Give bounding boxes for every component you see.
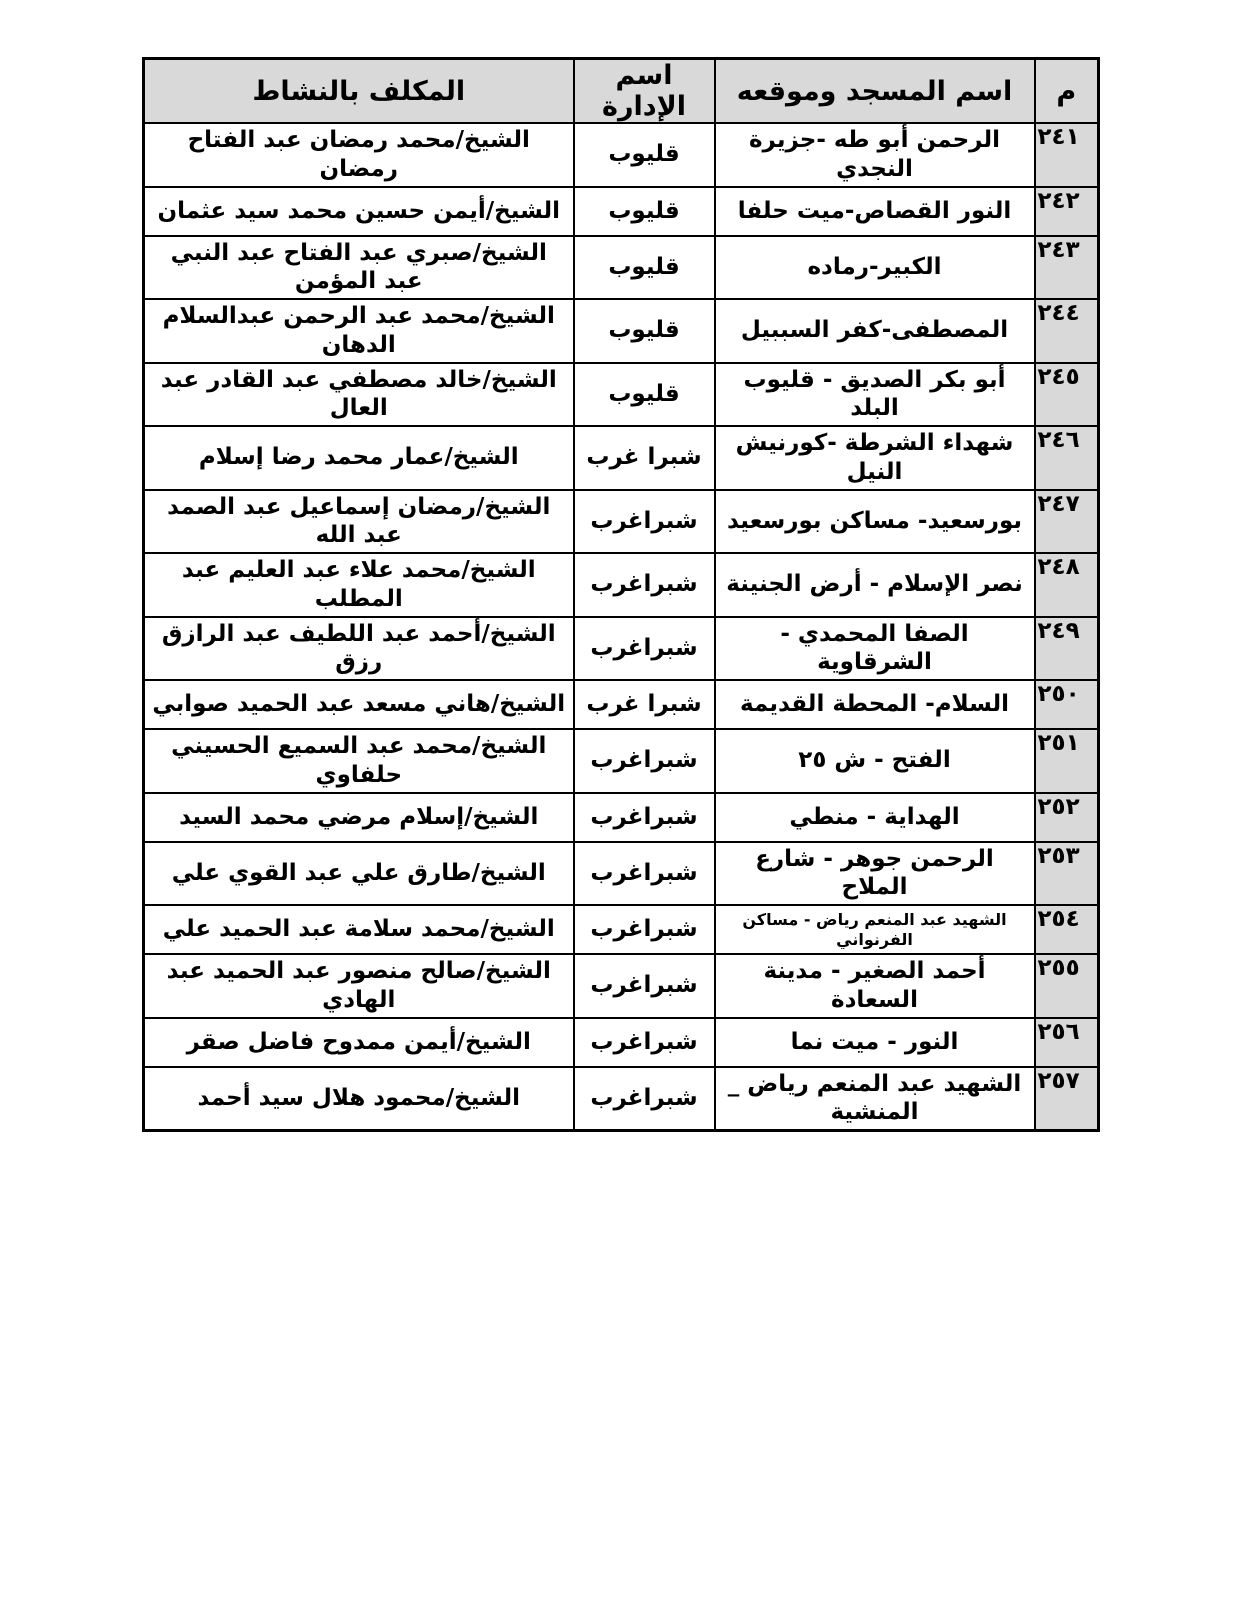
mosque-name: الرحمن جوهر - شارع الملاح: [715, 842, 1035, 906]
row-number: ٢٥١: [1035, 729, 1099, 793]
admin-name: شبراغرب: [574, 905, 715, 954]
person-name: الشيخ/محمد رمضان عبد الفتاح رمضان: [144, 123, 574, 187]
admin-name: شبراغرب: [574, 954, 715, 1018]
person-name: الشيخ/خالد مصطفي عبد القادر عبد العال: [144, 363, 574, 427]
person-name: الشيخ/أحمد عبد اللطيف عبد الرازق رزق: [144, 617, 574, 681]
mosque-name: شهداء الشرطة -كورنيش النيل: [715, 426, 1035, 490]
row-number: ٢٥٤: [1035, 905, 1099, 954]
person-name: الشيخ/أيمن حسين محمد سيد عثمان: [144, 187, 574, 236]
table-row: ٢٤٧ بورسعيد- مساكن بورسعيد شبراغرب الشيخ…: [144, 490, 1099, 554]
row-number: ٢٤٥: [1035, 363, 1099, 427]
row-number: ٢٤٦: [1035, 426, 1099, 490]
mosque-name: الرحمن أبو طه -جزيرة النجدي: [715, 123, 1035, 187]
table-row: ٢٤١ الرحمن أبو طه -جزيرة النجدي قليوب ال…: [144, 123, 1099, 187]
table-row: ٢٤٩ الصفا المحمدي - الشرقاوية شبراغرب ال…: [144, 617, 1099, 681]
admin-name: شبراغرب: [574, 1067, 715, 1131]
mosque-name: الهداية - منطي: [715, 793, 1035, 842]
person-name: الشيخ/عمار محمد رضا إسلام: [144, 426, 574, 490]
row-number: ٢٤٢: [1035, 187, 1099, 236]
admin-name: قليوب: [574, 123, 715, 187]
row-number: ٢٥٦: [1035, 1018, 1099, 1067]
admin-name: قليوب: [574, 236, 715, 300]
mosque-name: النور القصاص-ميت حلفا: [715, 187, 1035, 236]
table-row: ٢٤٨ نصر الإسلام - أرض الجنينة شبراغرب ال…: [144, 553, 1099, 617]
admin-name: قليوب: [574, 299, 715, 363]
person-name: الشيخ/طارق علي عبد القوي علي: [144, 842, 574, 906]
admin-name: شبراغرب: [574, 490, 715, 554]
table-row: ٢٥٠ السلام- المحطة القديمة شبرا غرب الشي…: [144, 680, 1099, 729]
table-row: ٢٥٦ النور - ميت نما شبراغرب الشيخ/أيمن م…: [144, 1018, 1099, 1067]
admin-name: شبراغرب: [574, 729, 715, 793]
table-row: ٢٥١ الفتح - ش ٢٥ شبراغرب الشيخ/محمد عبد …: [144, 729, 1099, 793]
table-header-row: م اسم المسجد وموقعه اسم الإدارة المكلف ب…: [144, 59, 1099, 124]
mosque-name: النور - ميت نما: [715, 1018, 1035, 1067]
document-page: م اسم المسجد وموقعه اسم الإدارة المكلف ب…: [0, 0, 1236, 1600]
person-name: الشيخ/محمود هلال سيد أحمد: [144, 1067, 574, 1131]
table-row: ٢٤٢ النور القصاص-ميت حلفا قليوب الشيخ/أي…: [144, 187, 1099, 236]
row-number: ٢٤٩: [1035, 617, 1099, 681]
mosque-name: الشهيد عبد المنعم رياض - مساكن الفرنواني: [715, 905, 1035, 954]
header-number: م: [1035, 59, 1099, 124]
mosque-name: أبو بكر الصديق - قليوب البلد: [715, 363, 1035, 427]
table-row: ٢٤٦ شهداء الشرطة -كورنيش النيل شبرا غرب …: [144, 426, 1099, 490]
row-number: ٢٤٨: [1035, 553, 1099, 617]
person-name: الشيخ/هاني مسعد عبد الحميد صوابي: [144, 680, 574, 729]
mosque-name: الفتح - ش ٢٥: [715, 729, 1035, 793]
admin-name: شبرا غرب: [574, 680, 715, 729]
person-name: الشيخ/محمد عبد السميع الحسيني حلفاوي: [144, 729, 574, 793]
table-row: ٢٤٥ أبو بكر الصديق - قليوب البلد قليوب ا…: [144, 363, 1099, 427]
mosque-name: نصر الإسلام - أرض الجنينة: [715, 553, 1035, 617]
row-number: ٢٥٢: [1035, 793, 1099, 842]
person-name: الشيخ/أيمن ممدوح فاضل صقر: [144, 1018, 574, 1067]
table-row: ٢٥٥ أحمد الصغير - مدينة السعادة شبراغرب …: [144, 954, 1099, 1018]
mosque-name: الكبير-رماده: [715, 236, 1035, 300]
person-name: الشيخ/محمد علاء عبد العليم عبد المطلب: [144, 553, 574, 617]
row-number: ٢٤٣: [1035, 236, 1099, 300]
table-row: ٢٥٧ الشهيد عبد المنعم رياض _ المنشية شبر…: [144, 1067, 1099, 1131]
admin-name: شبراغرب: [574, 1018, 715, 1067]
mosque-name: أحمد الصغير - مدينة السعادة: [715, 954, 1035, 1018]
person-name: الشيخ/محمد سلامة عبد الحميد علي: [144, 905, 574, 954]
header-admin: اسم الإدارة: [574, 59, 715, 124]
admin-name: شبرا غرب: [574, 426, 715, 490]
row-number: ٢٤١: [1035, 123, 1099, 187]
row-number: ٢٥٥: [1035, 954, 1099, 1018]
mosque-name: الشهيد عبد المنعم رياض _ المنشية: [715, 1067, 1035, 1131]
header-person: المكلف بالنشاط: [144, 59, 574, 124]
header-mosque: اسم المسجد وموقعه: [715, 59, 1035, 124]
person-name: الشيخ/إسلام مرضي محمد السيد: [144, 793, 574, 842]
admin-name: قليوب: [574, 187, 715, 236]
row-number: ٢٥٧: [1035, 1067, 1099, 1131]
table-row: ٢٤٤ المصطفى-كفر السببيل قليوب الشيخ/محمد…: [144, 299, 1099, 363]
admin-name: شبراغرب: [574, 553, 715, 617]
person-name: الشيخ/صبري عبد الفتاح عبد النبي عبد المؤ…: [144, 236, 574, 300]
mosque-name: السلام- المحطة القديمة: [715, 680, 1035, 729]
person-name: الشيخ/رمضان إسماعيل عبد الصمد عبد الله: [144, 490, 574, 554]
mosque-name: المصطفى-كفر السببيل: [715, 299, 1035, 363]
row-number: ٢٤٤: [1035, 299, 1099, 363]
roster-table: م اسم المسجد وموقعه اسم الإدارة المكلف ب…: [142, 57, 1100, 1132]
admin-name: شبراغرب: [574, 617, 715, 681]
mosque-name: بورسعيد- مساكن بورسعيد: [715, 490, 1035, 554]
table-row: ٢٤٣ الكبير-رماده قليوب الشيخ/صبري عبد ال…: [144, 236, 1099, 300]
row-number: ٢٥٠: [1035, 680, 1099, 729]
admin-name: شبراغرب: [574, 793, 715, 842]
row-number: ٢٤٧: [1035, 490, 1099, 554]
admin-name: قليوب: [574, 363, 715, 427]
mosque-name: الصفا المحمدي - الشرقاوية: [715, 617, 1035, 681]
table-row: ٢٥٤ الشهيد عبد المنعم رياض - مساكن الفرن…: [144, 905, 1099, 954]
row-number: ٢٥٣: [1035, 842, 1099, 906]
admin-name: شبراغرب: [574, 842, 715, 906]
table-row: ٢٥٢ الهداية - منطي شبراغرب الشيخ/إسلام م…: [144, 793, 1099, 842]
person-name: الشيخ/صالح منصور عبد الحميد عبد الهادي: [144, 954, 574, 1018]
person-name: الشيخ/محمد عبد الرحمن عبدالسلام الدهان: [144, 299, 574, 363]
table-row: ٢٥٣ الرحمن جوهر - شارع الملاح شبراغرب ال…: [144, 842, 1099, 906]
